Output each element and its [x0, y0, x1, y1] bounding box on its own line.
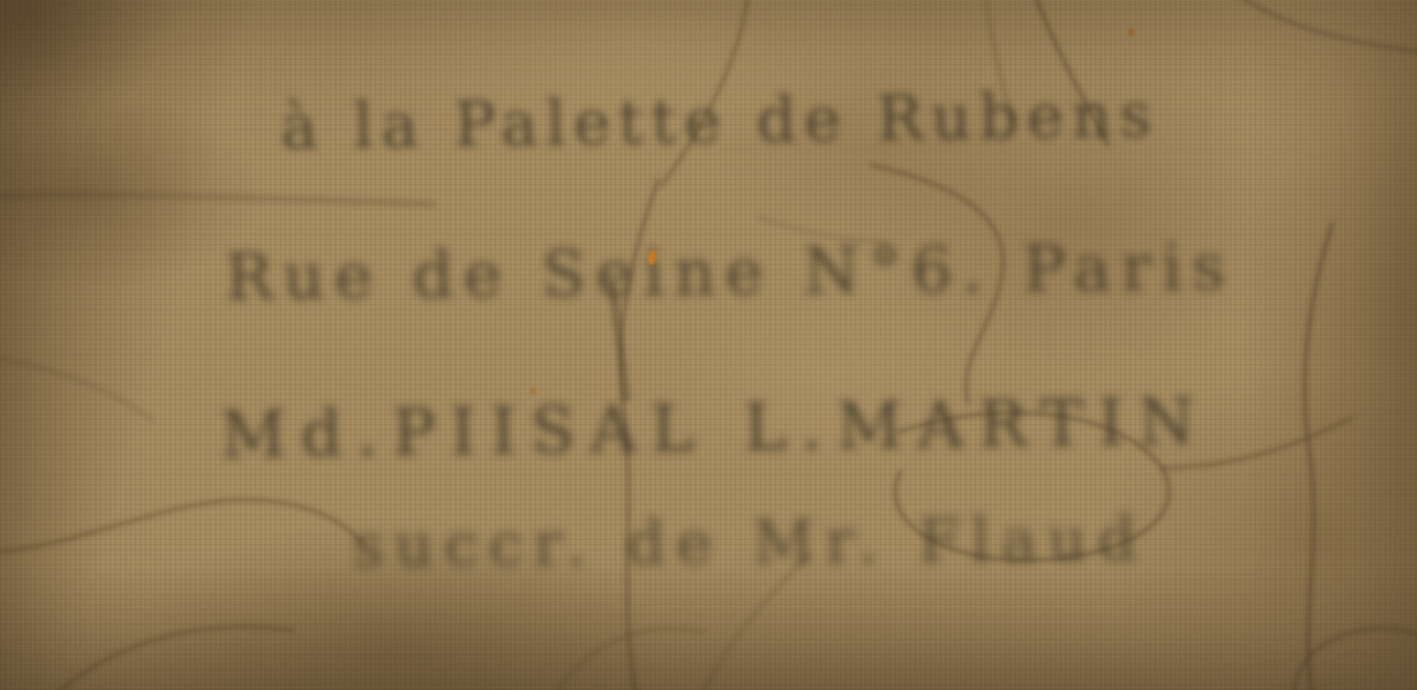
canvas-verso-photo: à la Palette de Rubens Rue de Seine N°6.…: [0, 0, 1417, 690]
edge-vignette: [0, 0, 1417, 690]
